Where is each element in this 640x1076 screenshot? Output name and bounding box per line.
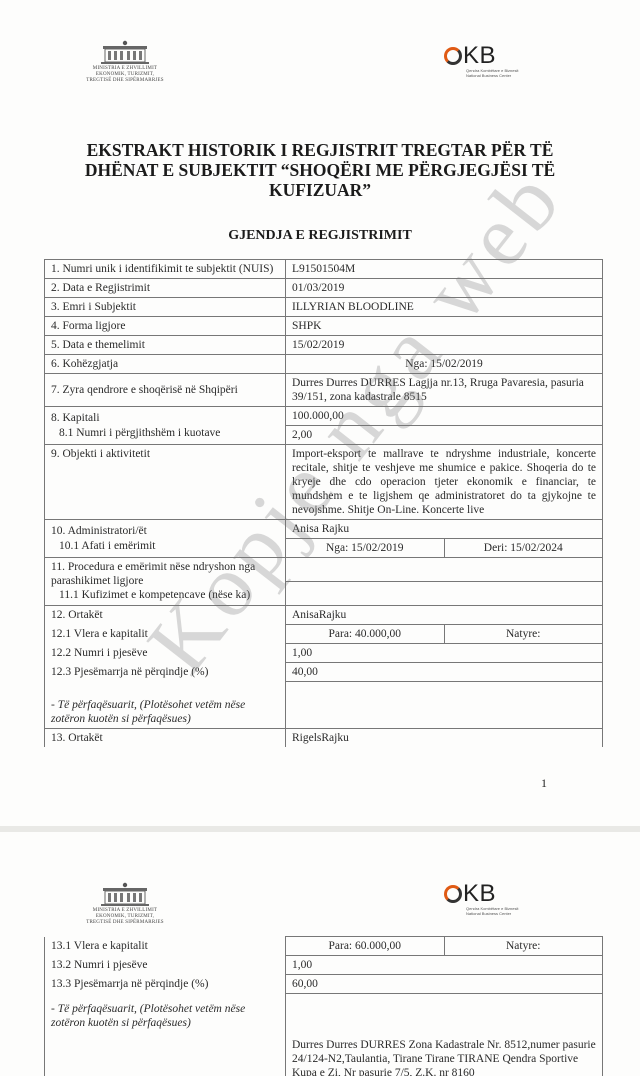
reg-date-label: 2. Data e Regjistrimit	[45, 279, 286, 298]
table-row: 12.3 Pjesëmarrja në përqindje (%) 40,00	[45, 663, 603, 682]
partner-2-shares-label: 13.2 Numri i pjesëve	[45, 956, 286, 975]
duration-label: 6. Kohëzgjatja	[45, 355, 286, 374]
section-title: GJENDJA E REGJISTRIMIT	[0, 228, 640, 244]
capital-label-cell: 8. Kapitali 8.1 Numri i përgjithshëm i k…	[45, 407, 286, 445]
partner-2-capital-nature: Natyre:	[444, 937, 603, 955]
registration-table-continued: 13.1 Vlera e kapitalit Para: 60.000,00 N…	[44, 936, 603, 1076]
procedure-value	[286, 558, 603, 582]
quotas-label: 8.1 Numri i përgjithshëm i kuotave	[51, 426, 279, 441]
table-row: - Të përfaqësuarit, (Plotësohet vetëm në…	[45, 994, 603, 1076]
table-row: 13.2 Numri i pjesëve 1,00	[45, 956, 603, 975]
okb-sub-2: National Business Center	[466, 73, 554, 78]
partner-1-label: 12. Ortakët	[45, 606, 286, 625]
partner-1-capital-label: 12.1 Vlera e kapitalit	[45, 625, 286, 644]
partner-2-label: 13. Ortakët	[45, 728, 286, 747]
nuis-value: L91501504M	[286, 260, 603, 279]
office-value: Durres Durres DURRES Lagjja nr.13, Rruga…	[286, 374, 603, 407]
ministry-logo-page-2: MINISTRIA E ZHVILLIMIT EKONOMIK, TURIZMI…	[70, 882, 180, 926]
partner-2-capital-label: 13.1 Vlera e kapitalit	[45, 937, 286, 956]
page-number: 1	[541, 776, 547, 791]
nuis-label: 1. Numri unik i identifikimit te subjekt…	[45, 260, 286, 279]
activity-label: 9. Objekti i aktivitetit	[45, 445, 286, 520]
table-row: 5. Data e themelimit 15/02/2019	[45, 336, 603, 355]
table-row: 12.2 Numri i pjesëve 1,00	[45, 644, 603, 663]
limits-label: 11.1 Kufizimet e kompetencave (nëse ka)	[51, 588, 279, 602]
table-row: 8. Kapitali 8.1 Numri i përgjithshëm i k…	[45, 407, 603, 426]
found-date-value: 15/02/2019	[286, 336, 603, 355]
table-row: 11. Procedura e emërimit nëse ndryshon n…	[45, 558, 603, 582]
government-building-icon	[97, 882, 153, 908]
partner-2-percent-label: 13.3 Pjesëmarrja në përqindje (%)	[45, 975, 286, 994]
quotas-value: 2,00	[286, 426, 603, 445]
activity-value: Import-eksport te mallrave te ndryshme i…	[286, 445, 603, 520]
table-row: 12. Ortakët AnisaRajku	[45, 606, 603, 625]
table-row: 13.3 Pjesëmarrja në përqindje (%) 60,00	[45, 975, 603, 994]
okb-logo: KB Qendra Kombëtare e Biznesit National …	[444, 44, 554, 78]
admin-term-label: 10.1 Afati i emërimit	[51, 539, 279, 554]
table-row: 13. Ortakët RigelsRajku	[45, 728, 603, 747]
table-row: 4. Forma ligjore SHPK	[45, 317, 603, 336]
government-building-icon	[97, 40, 153, 66]
procedure-label: 11. Procedura e emërimit nëse ndryshon n…	[51, 560, 279, 588]
document-page-1: MINISTRIA E ZHVILLIMIT EKONOMIK, TURIZMI…	[0, 0, 640, 826]
procedure-label-cell: 11. Procedura e emërimit nëse ndryshon n…	[45, 558, 286, 606]
limits-value	[286, 582, 603, 606]
partner-2-rep-label: - Të përfaqësuarit, (Plotësohet vetëm në…	[45, 994, 286, 1076]
partner-2-name: RigelsRajku	[286, 728, 603, 747]
table-row: 10. Administratori/ët 10.1 Afati i emëri…	[45, 520, 603, 539]
partner-1-shares-label: 12.2 Numri i pjesëve	[45, 644, 286, 663]
partner-2-shares: 1,00	[286, 956, 603, 975]
partner-2-capital-money: Para: 60.000,00	[286, 937, 444, 955]
ministry-name-3: TREGTISË DHE SIPËRMARRJES	[70, 920, 180, 926]
capital-value: 100.000,00	[286, 407, 603, 426]
partner-1-name: AnisaRajku	[286, 606, 603, 625]
table-row: 9. Objekti i aktivitetit Import-eksport …	[45, 445, 603, 520]
table-row: - Të përfaqësuarit, (Plotësohet vetëm në…	[45, 682, 603, 729]
partner-1-rep-label: - Të përfaqësuarit, (Plotësohet vetëm në…	[45, 682, 286, 729]
legal-form-value: SHPK	[286, 317, 603, 336]
admin-term-cell: Nga: 15/02/2019 Deri: 15/02/2024	[286, 539, 603, 558]
partner-1-percent-label: 12.3 Pjesëmarrja në përqindje (%)	[45, 663, 286, 682]
admin-term-to: Deri: 15/02/2024	[444, 539, 603, 557]
partner-1-percent: 40,00	[286, 663, 603, 682]
table-row: 7. Zyra qendrore e shoqërisë në Shqipëri…	[45, 374, 603, 407]
partner-2-rep-value: Durres Durres DURRES Zona Kadastrale Nr.…	[286, 994, 603, 1076]
ministry-name-3: TREGTISË DHE SIPËRMARRJES	[70, 78, 180, 84]
okb-logo-text: KB	[463, 44, 496, 68]
registration-table: 1. Numri unik i identifikimit te subjekt…	[44, 259, 603, 747]
table-row: 13.1 Vlera e kapitalit Para: 60.000,00 N…	[45, 937, 603, 956]
legal-form-label: 4. Forma ligjore	[45, 317, 286, 336]
partner-1-capital-money: Para: 40.000,00	[286, 625, 444, 643]
found-date-label: 5. Data e themelimit	[45, 336, 286, 355]
capital-label: 8. Kapitali	[51, 411, 279, 426]
name-label: 3. Emri i Subjektit	[45, 298, 286, 317]
office-label: 7. Zyra qendrore e shoqërisë në Shqipëri	[45, 374, 286, 407]
ministry-logo: MINISTRIA E ZHVILLIMIT EKONOMIK, TURIZMI…	[70, 40, 180, 84]
okb-ring-icon	[444, 47, 462, 65]
table-row: 2. Data e Regjistrimit 01/03/2019	[45, 279, 603, 298]
partner-2-capital-cell: Para: 60.000,00 Natyre:	[286, 937, 603, 956]
okb-logo-text: KB	[463, 882, 496, 906]
partner-2-percent: 60,00	[286, 975, 603, 994]
document-title: EKSTRAKT HISTORIK I REGJISTRIT TREGTAR P…	[60, 140, 580, 200]
table-row: 6. Kohëzgjatja Nga: 15/02/2019	[45, 355, 603, 374]
admin-label-cell: 10. Administratori/ët 10.1 Afati i emëri…	[45, 520, 286, 558]
duration-value: Nga: 15/02/2019	[286, 355, 603, 374]
okb-sub-2: National Business Center	[466, 911, 554, 916]
admin-value: Anisa Rajku	[286, 520, 603, 539]
okb-ring-icon	[444, 885, 462, 903]
partner-1-shares: 1,00	[286, 644, 603, 663]
partner-1-capital-cell: Para: 40.000,00 Natyre:	[286, 625, 603, 644]
name-value: ILLYRIAN BLOODLINE	[286, 298, 603, 317]
table-row: 1. Numri unik i identifikimit te subjekt…	[45, 260, 603, 279]
reg-date-value: 01/03/2019	[286, 279, 603, 298]
table-row: 12.1 Vlera e kapitalit Para: 40.000,00 N…	[45, 625, 603, 644]
admin-term-from: Nga: 15/02/2019	[286, 539, 444, 557]
partner-1-rep-value	[286, 682, 603, 729]
admin-label: 10. Administratori/ët	[51, 524, 279, 539]
document-page-2: MINISTRIA E ZHVILLIMIT EKONOMIK, TURIZMI…	[0, 832, 640, 1076]
partner-1-capital-nature: Natyre:	[444, 625, 603, 643]
okb-logo-page-2: KB Qendra Kombëtare e Biznesit National …	[444, 882, 554, 916]
table-row: 3. Emri i Subjektit ILLYRIAN BLOODLINE	[45, 298, 603, 317]
